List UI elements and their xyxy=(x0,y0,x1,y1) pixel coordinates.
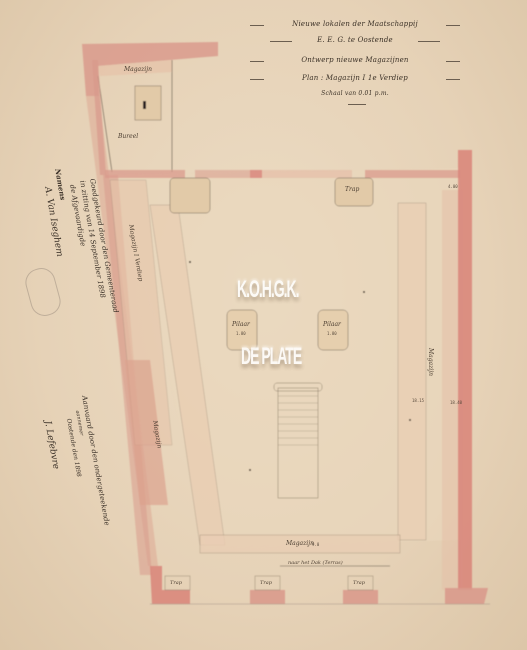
room-label-pier-2: Trap xyxy=(260,580,272,586)
room-label-pier-3: Trap xyxy=(353,580,365,586)
dimension-right-mid: 18.40 xyxy=(450,400,462,405)
room-label-bottom-note: naar het Dak (Terras) xyxy=(288,560,343,566)
room-label-magazijn-top: Magazijn xyxy=(124,66,152,73)
dimension-bottom: 9.0 xyxy=(312,542,319,547)
room-label-right-long: Magazijn xyxy=(427,348,434,376)
dimension-right-inner: 18.15 xyxy=(412,398,424,403)
dimension-pillar-right: 1.80 xyxy=(327,331,337,336)
title-divider xyxy=(348,104,366,105)
room-label-pillar-left: Pilaar xyxy=(232,321,250,328)
room-label-pillar-right: Pilaar xyxy=(323,321,341,328)
title-line-5-scale: Schaal van 0.01 p.m. xyxy=(250,90,460,97)
room-label-bottom: Magazijn xyxy=(286,540,314,547)
watermark-line-2: DE PLATE xyxy=(241,342,301,369)
drawing-sheet: Nieuwe lokalen der Maatschappij E. E. G.… xyxy=(0,0,527,650)
title-line-1: Nieuwe lokalen der Maatschappij xyxy=(250,20,460,28)
room-label-bureel: Bureel xyxy=(118,133,138,140)
title-line-2: E. E. G. te Oostende xyxy=(250,36,460,44)
dimension-right-top: 4.00 xyxy=(448,184,458,189)
floor-plan-drawing xyxy=(0,0,527,650)
room-label-pier-1: Trap xyxy=(170,580,182,586)
dimension-pillar-left: 1.80 xyxy=(236,331,246,336)
title-line-4: Plan : Magazijn I 1e Verdiep xyxy=(250,74,460,82)
title-line-3: Ontwerp nieuwe Magazijnen xyxy=(250,56,460,64)
watermark-line-1: K.O.H.G.K. xyxy=(237,275,299,302)
room-label-stair: Trap xyxy=(345,186,359,193)
